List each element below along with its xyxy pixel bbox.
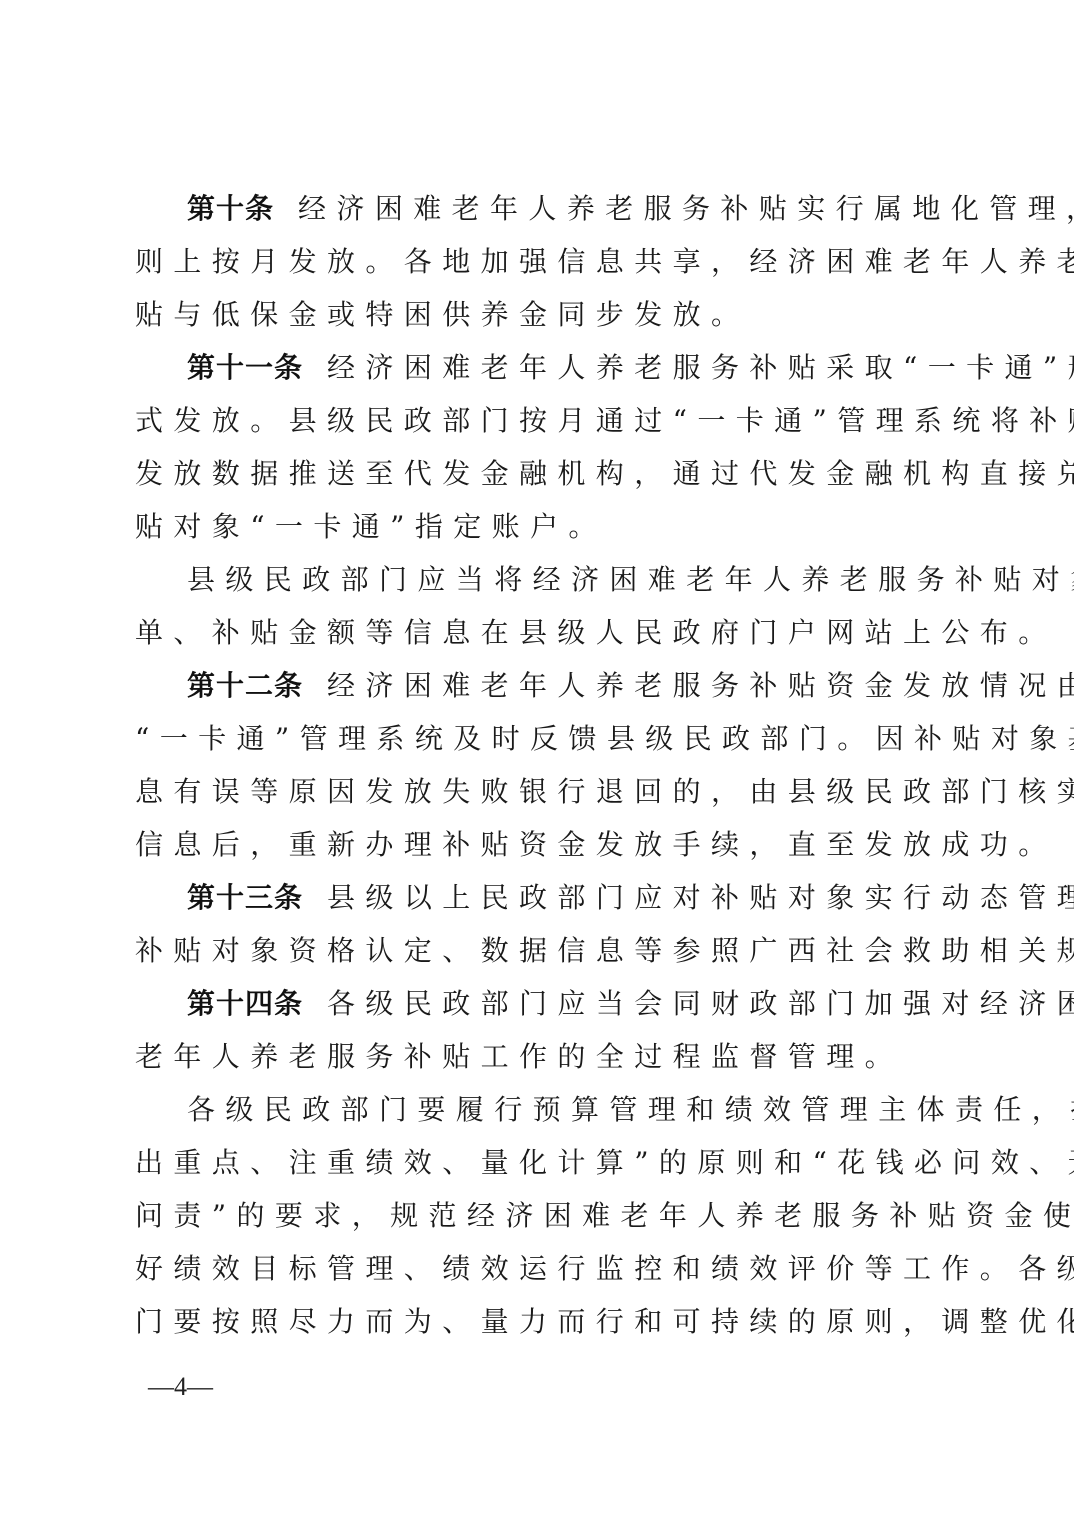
- line-text: 出重点、注重绩效、量化计算”的原则和“花钱必问效、无效必: [135, 1146, 1074, 1179]
- text-line: 信息后，重新办理补贴资金发放手续，直至发放成功。: [135, 818, 947, 871]
- text-line: 发放数据推送至代发金融机构，通过代发金融机构直接兑付到补: [135, 447, 947, 500]
- article-heading: 第十四条: [187, 987, 303, 1020]
- line-text: 门要按照尽力而为、量力而行和可持续的原则，调整优化支出结: [135, 1305, 1074, 1338]
- article-heading: 第十一条: [187, 351, 303, 384]
- line-text: 息有误等原因发放失败银行退回的，由县级民政部门核实、更正: [135, 775, 1074, 808]
- line-text: 则上按月发放。各地加强信息共享，经济困难老年人养老服务补: [135, 245, 1074, 278]
- line-text: 单、补贴金额等信息在县级人民政府门户网站上公布。: [135, 616, 1057, 649]
- text-line: 好绩效目标管理、绩效运行监控和绩效评价等工作。各级财政部: [135, 1242, 947, 1295]
- text-line: 则上按月发放。各地加强信息共享，经济困难老年人养老服务补: [135, 235, 947, 288]
- article-heading: 第十条: [187, 192, 274, 225]
- text-line: “一卡通”管理系统及时反馈县级民政部门。因补贴对象基础信: [135, 712, 947, 765]
- text-line: 县级民政部门应当将经济困难老年人养老服务补贴对象名: [135, 553, 947, 606]
- line-text: 信息后，重新办理补贴资金发放手续，直至发放成功。: [135, 828, 1057, 861]
- text-line: 补贴对象资格认定、数据信息等参照广西社会救助相关规定管理。: [135, 924, 947, 977]
- page-number: —4—: [148, 1372, 213, 1402]
- line-text: “一卡通”管理系统及时反馈县级民政部门。因补贴对象基础信: [135, 722, 1074, 755]
- line-text: 县级民政部门应当将经济困难老年人养老服务补贴对象名: [187, 563, 1074, 596]
- line-text: 经济困难老年人养老服务补贴资金发放情况由: [327, 669, 1074, 702]
- document-body: 第十条经济困难老年人养老服务补贴实行属地化管理，原则上按月发放。各地加强信息共享…: [135, 182, 947, 1348]
- text-line: 问责”的要求，规范经济困难老年人养老服务补贴资金使用，做: [135, 1189, 947, 1242]
- article-line: 第十三条县级以上民政部门应对补贴对象实行动态管理，: [135, 871, 947, 924]
- line-text: 问责”的要求，规范经济困难老年人养老服务补贴资金使用，做: [135, 1199, 1074, 1232]
- text-line: 息有误等原因发放失败银行退回的，由县级民政部门核实、更正: [135, 765, 947, 818]
- article-line: 第十一条经济困难老年人养老服务补贴采取“一卡通”形: [135, 341, 947, 394]
- article-line: 第十四条各级民政部门应当会同财政部门加强对经济困难: [135, 977, 947, 1030]
- text-line: 各级民政部门要履行预算管理和绩效管理主体责任，按照“突: [135, 1083, 947, 1136]
- article-line: 第十二条经济困难老年人养老服务补贴资金发放情况由: [135, 659, 947, 712]
- text-line: 贴对象“一卡通”指定账户。: [135, 500, 947, 553]
- text-line: 出重点、注重绩效、量化计算”的原则和“花钱必问效、无效必: [135, 1136, 947, 1189]
- line-text: 贴对象“一卡通”指定账户。: [135, 510, 607, 543]
- article-heading: 第十二条: [187, 669, 303, 702]
- line-text: 各级民政部门要履行预算管理和绩效管理主体责任，按照“突: [187, 1093, 1074, 1126]
- line-text: 补贴对象资格认定、数据信息等参照广西社会救助相关规定管理。: [135, 934, 1074, 967]
- line-text: 发放数据推送至代发金融机构，通过代发金融机构直接兑付到补: [135, 457, 1074, 490]
- text-line: 单、补贴金额等信息在县级人民政府门户网站上公布。: [135, 606, 947, 659]
- line-text: 贴与低保金或特困供养金同步发放。: [135, 298, 749, 331]
- line-text: 各级民政部门应当会同财政部门加强对经济困难: [327, 987, 1074, 1020]
- line-text: 好绩效目标管理、绩效运行监控和绩效评价等工作。各级财政部: [135, 1252, 1074, 1285]
- text-line: 门要按照尽力而为、量力而行和可持续的原则，调整优化支出结: [135, 1295, 947, 1348]
- article-line: 第十条经济困难老年人养老服务补贴实行属地化管理，原: [135, 182, 947, 235]
- line-text: 老年人养老服务补贴工作的全过程监督管理。: [135, 1040, 903, 1073]
- text-line: 式发放。县级民政部门按月通过“一卡通”管理系统将补贴资金: [135, 394, 947, 447]
- text-line: 老年人养老服务补贴工作的全过程监督管理。: [135, 1030, 947, 1083]
- line-text: 式发放。县级民政部门按月通过“一卡通”管理系统将补贴资金: [135, 404, 1074, 437]
- line-text: 经济困难老年人养老服务补贴采取“一卡通”形: [327, 351, 1074, 384]
- line-text: 经济困难老年人养老服务补贴实行属地化管理，原: [298, 192, 1074, 225]
- line-text: 县级以上民政部门应对补贴对象实行动态管理，: [327, 881, 1074, 914]
- text-line: 贴与低保金或特困供养金同步发放。: [135, 288, 947, 341]
- article-heading: 第十三条: [187, 881, 303, 914]
